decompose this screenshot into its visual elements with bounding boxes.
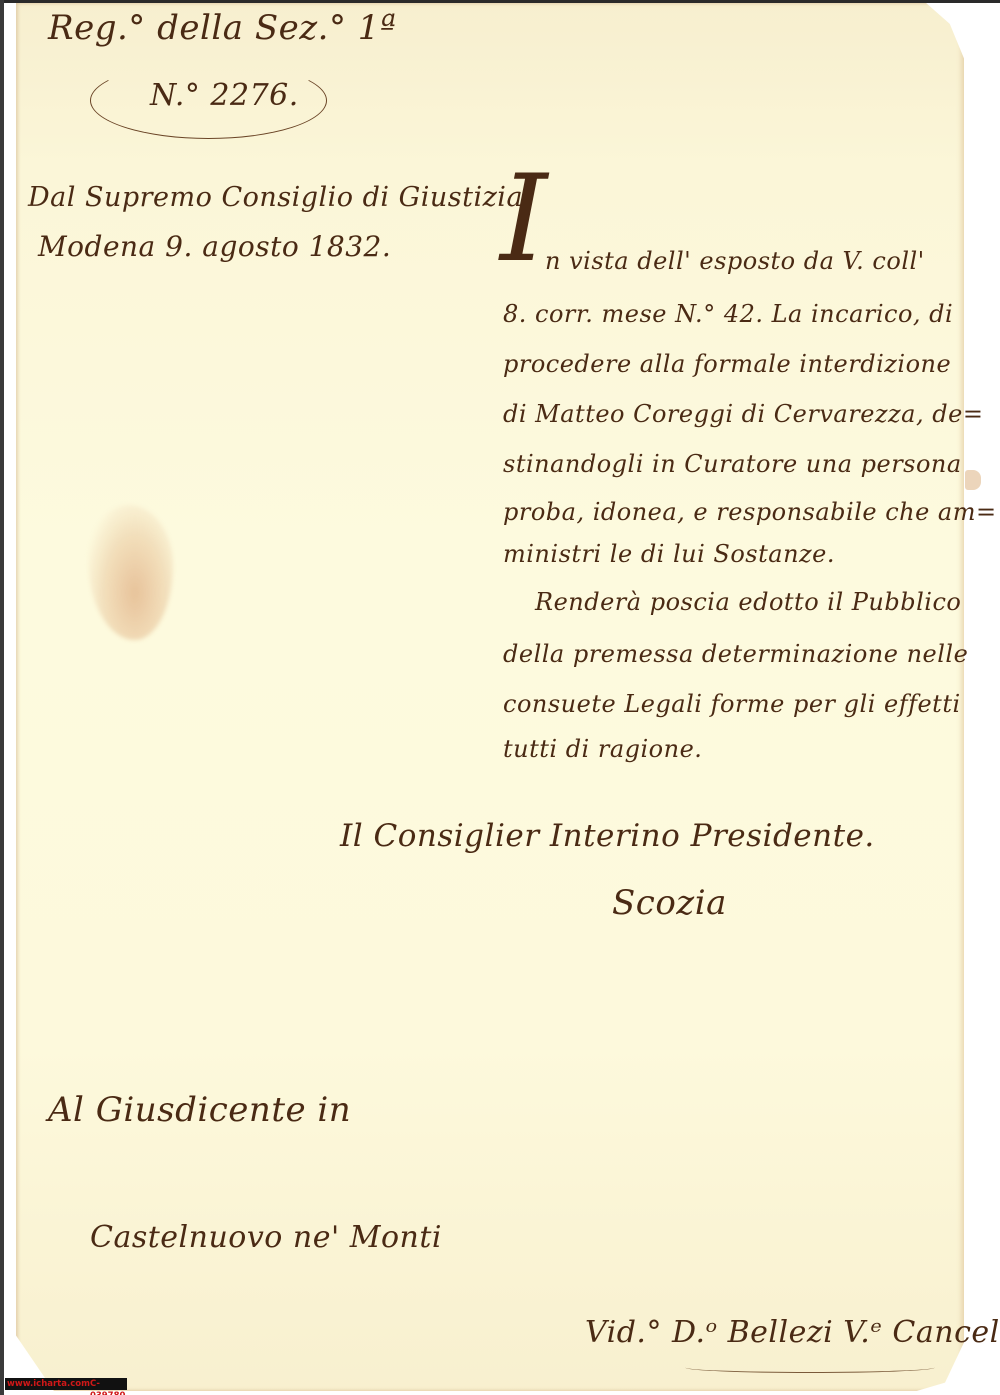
body-line-4: di Matteo Coreggi di Cervarezza, de= bbox=[503, 400, 983, 428]
body-p2-line-2: della premessa determinazione nelle bbox=[503, 640, 968, 668]
scan-top-edge bbox=[0, 0, 1000, 3]
sender-line: Dal Supremo Consiglio di Giustizia. bbox=[28, 182, 532, 213]
edge-stain bbox=[965, 470, 981, 490]
body-line-2: 8. corr. mese N.° 42. La incarico, di bbox=[503, 300, 953, 328]
addressee-line-2: Castelnuovo ne' Monti bbox=[90, 1220, 442, 1255]
decorative-initial: I bbox=[500, 160, 547, 280]
countersign-flourish bbox=[685, 1362, 935, 1373]
countersignature: Vid.° D.ᵒ Bellezi V.ᵉ Cancell.ᵉ bbox=[585, 1315, 1000, 1350]
signatory-title: Il Consiglier Interino Presidente. bbox=[340, 818, 875, 854]
scan-frame: Reg.° della Sez.° 1ª N.° 2276. Dal Supre… bbox=[0, 0, 1000, 1395]
registry-number: N.° 2276. bbox=[150, 78, 299, 113]
addressee-line-1: Al Giusdicente in bbox=[48, 1090, 351, 1130]
place-date-line: Modena 9. agosto 1832. bbox=[38, 230, 391, 263]
body-p2-line-1: Renderà poscia edotto il Pubblico bbox=[535, 588, 961, 616]
site-watermark: www.icharta.com C-039780 bbox=[5, 1378, 127, 1390]
scan-left-edge bbox=[0, 0, 4, 1395]
signatory-name: Scozia bbox=[612, 883, 727, 923]
body-p2-line-4: tutti di ragione. bbox=[503, 735, 702, 763]
watermark-code: C-039780 bbox=[90, 1378, 125, 1390]
body-p2-line-3: consuete Legali forme per gli effetti bbox=[503, 690, 961, 718]
registry-line: Reg.° della Sez.° 1ª bbox=[48, 8, 397, 48]
body-line-3: procedere alla formale interdizione bbox=[503, 350, 951, 378]
body-line-7: ministri le di lui Sostanze. bbox=[503, 540, 835, 568]
body-line-1: n vista dell' esposto da V. coll' bbox=[545, 247, 925, 275]
body-line-5: stinandogli in Curatore una persona bbox=[503, 450, 962, 478]
watermark-site: www.icharta.com bbox=[7, 1378, 90, 1390]
body-line-6: proba, idonea, e responsabile che am= bbox=[503, 498, 997, 526]
